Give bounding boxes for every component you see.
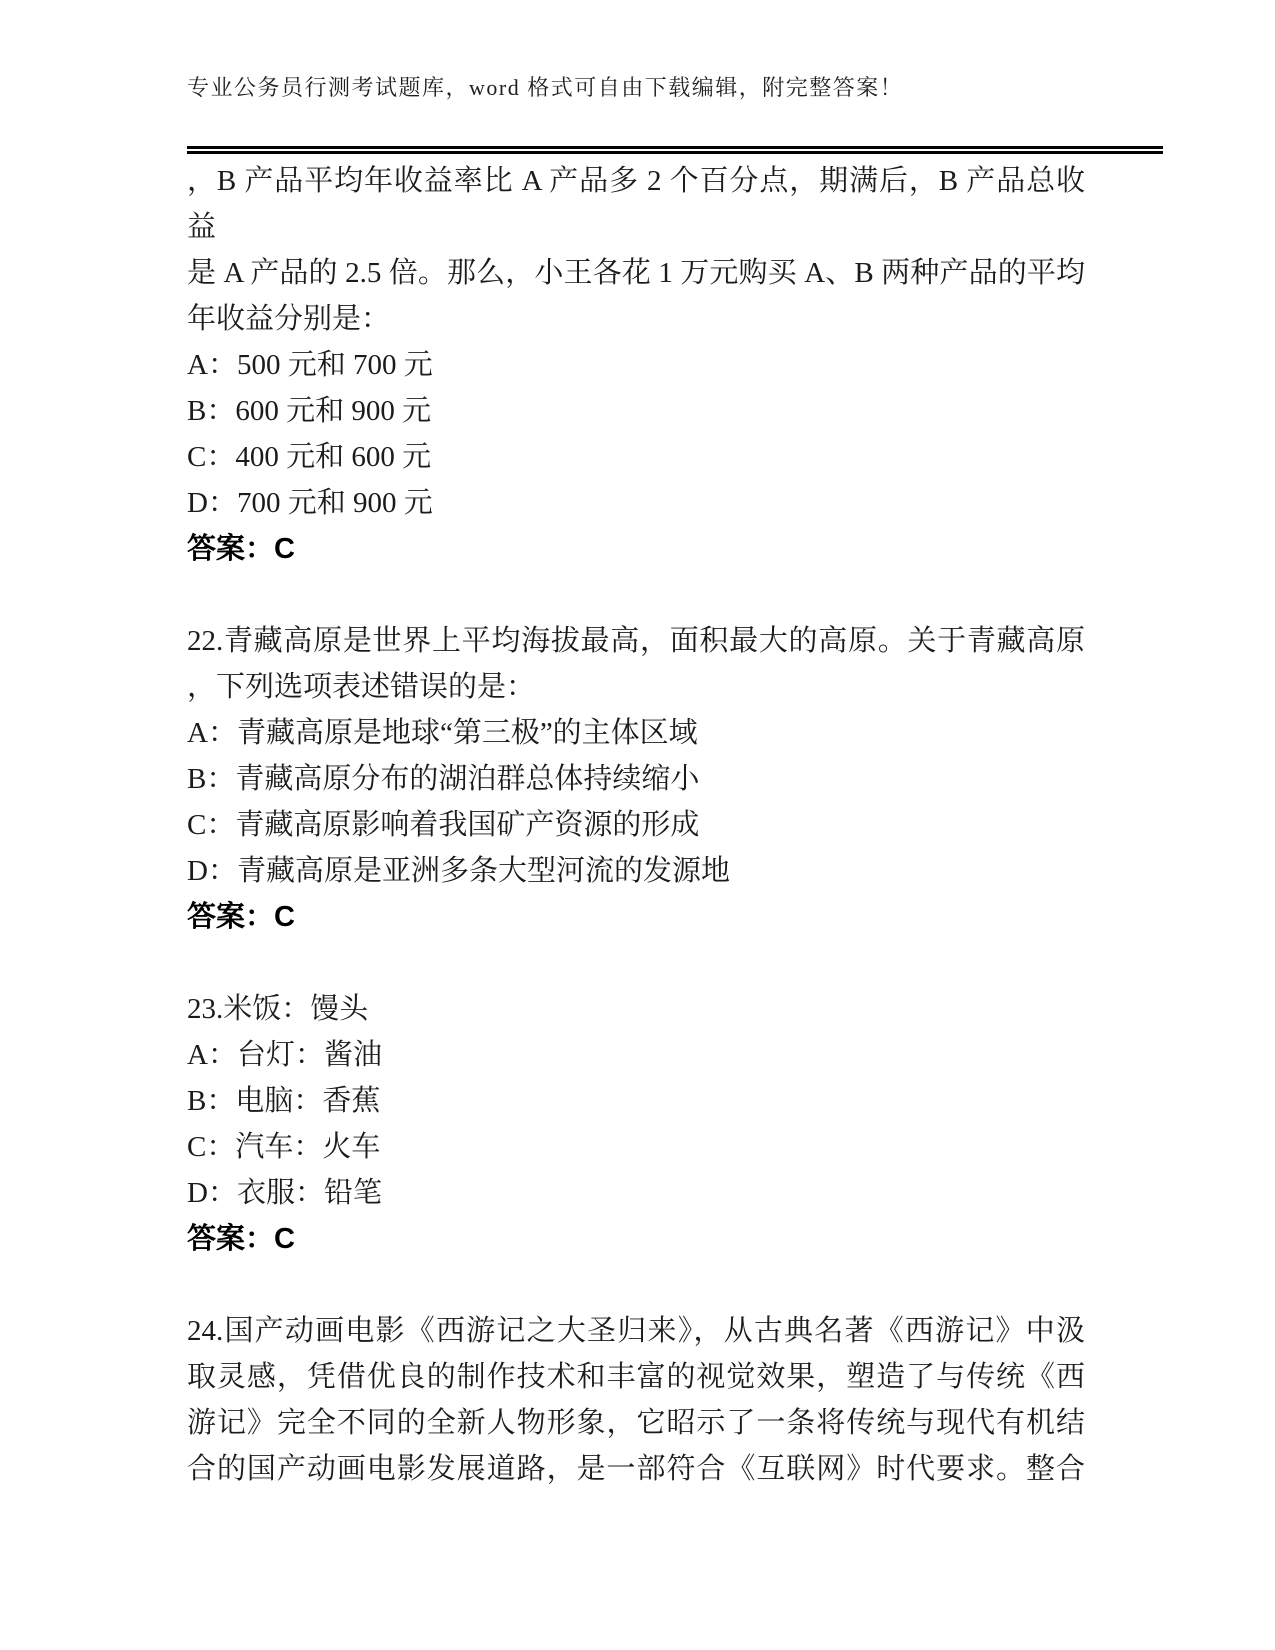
- question-21-option-b: B：600 元和 900 元: [187, 388, 1085, 434]
- document-page: 专业公务员行测考试题库，word 格式可自由下载编辑，附完整答案！ ，B 产品平…: [0, 0, 1275, 1650]
- question-22-option-a: A：青藏高原是地球“第三极”的主体区域: [187, 710, 1085, 756]
- question-21-stem-line-2: 是 A 产品的 2.5 倍。那么，小王各花 1 万元购买 A、B 两种产品的平均: [187, 250, 1085, 296]
- question-21-option-a: A：500 元和 700 元: [187, 342, 1085, 388]
- question-23-option-d: D：衣服：铅笔: [187, 1170, 1085, 1216]
- question-22-stem-line-2: ，下列选项表述错误的是：: [187, 664, 1085, 710]
- question-21-answer: 答案：C: [187, 526, 1085, 572]
- question-22-stem-line-1: 22.青藏高原是世界上平均海拔最高，面积最大的高原。关于青藏高原: [187, 618, 1085, 664]
- question-22-option-d: D：青藏高原是亚洲多条大型河流的发源地: [187, 848, 1085, 894]
- question-block-24: 24.国产动画电影《西游记之大圣归来》，从古典名著《西游记》中汲 取灵感，凭借优…: [187, 1308, 1085, 1492]
- question-23-option-b: B：电脑：香蕉: [187, 1078, 1085, 1124]
- question-22-answer: 答案：C: [187, 894, 1085, 940]
- question-21-option-c: C：400 元和 600 元: [187, 434, 1085, 480]
- header-note: 专业公务员行测考试题库，word 格式可自由下载编辑，附完整答案！: [187, 72, 1163, 104]
- question-23-stem-line-1: 23.米饭：馒头: [187, 986, 1085, 1032]
- question-block-21: ，B 产品平均年收益率比 A 产品多 2 个百分点，期满后，B 产品总收益 是 …: [187, 158, 1085, 572]
- question-22-option-c: C：青藏高原影响着我国矿产资源的形成: [187, 802, 1085, 848]
- question-block-22: 22.青藏高原是世界上平均海拔最高，面积最大的高原。关于青藏高原 ，下列选项表述…: [187, 618, 1085, 940]
- question-24-stem-line-3: 游记》完全不同的全新人物形象，它昭示了一条将传统与现代有机结: [187, 1400, 1085, 1446]
- question-22-option-b: B：青藏高原分布的湖泊群总体持续缩小: [187, 756, 1085, 802]
- question-23-answer: 答案：C: [187, 1216, 1085, 1262]
- question-block-23: 23.米饭：馒头 A：台灯：酱油 B：电脑：香蕉 C：汽车：火车 D：衣服：铅笔…: [187, 986, 1085, 1262]
- question-24-stem-line-2: 取灵感，凭借优良的制作技术和丰富的视觉效果，塑造了与传统《西: [187, 1354, 1085, 1400]
- header-divider: [187, 146, 1163, 154]
- document-body: ，B 产品平均年收益率比 A 产品多 2 个百分点，期满后，B 产品总收益 是 …: [187, 158, 1085, 1492]
- question-23-option-c: C：汽车：火车: [187, 1124, 1085, 1170]
- question-24-stem-line-1: 24.国产动画电影《西游记之大圣归来》，从古典名著《西游记》中汲: [187, 1308, 1085, 1354]
- question-21-option-d: D：700 元和 900 元: [187, 480, 1085, 526]
- question-21-stem-line-1: ，B 产品平均年收益率比 A 产品多 2 个百分点，期满后，B 产品总收益: [187, 158, 1085, 250]
- question-24-stem-line-4: 合的国产动画电影发展道路，是一部符合《互联网》时代要求。整合: [187, 1446, 1085, 1492]
- question-23-option-a: A：台灯：酱油: [187, 1032, 1085, 1078]
- question-21-stem-line-3: 年收益分别是：: [187, 296, 1085, 342]
